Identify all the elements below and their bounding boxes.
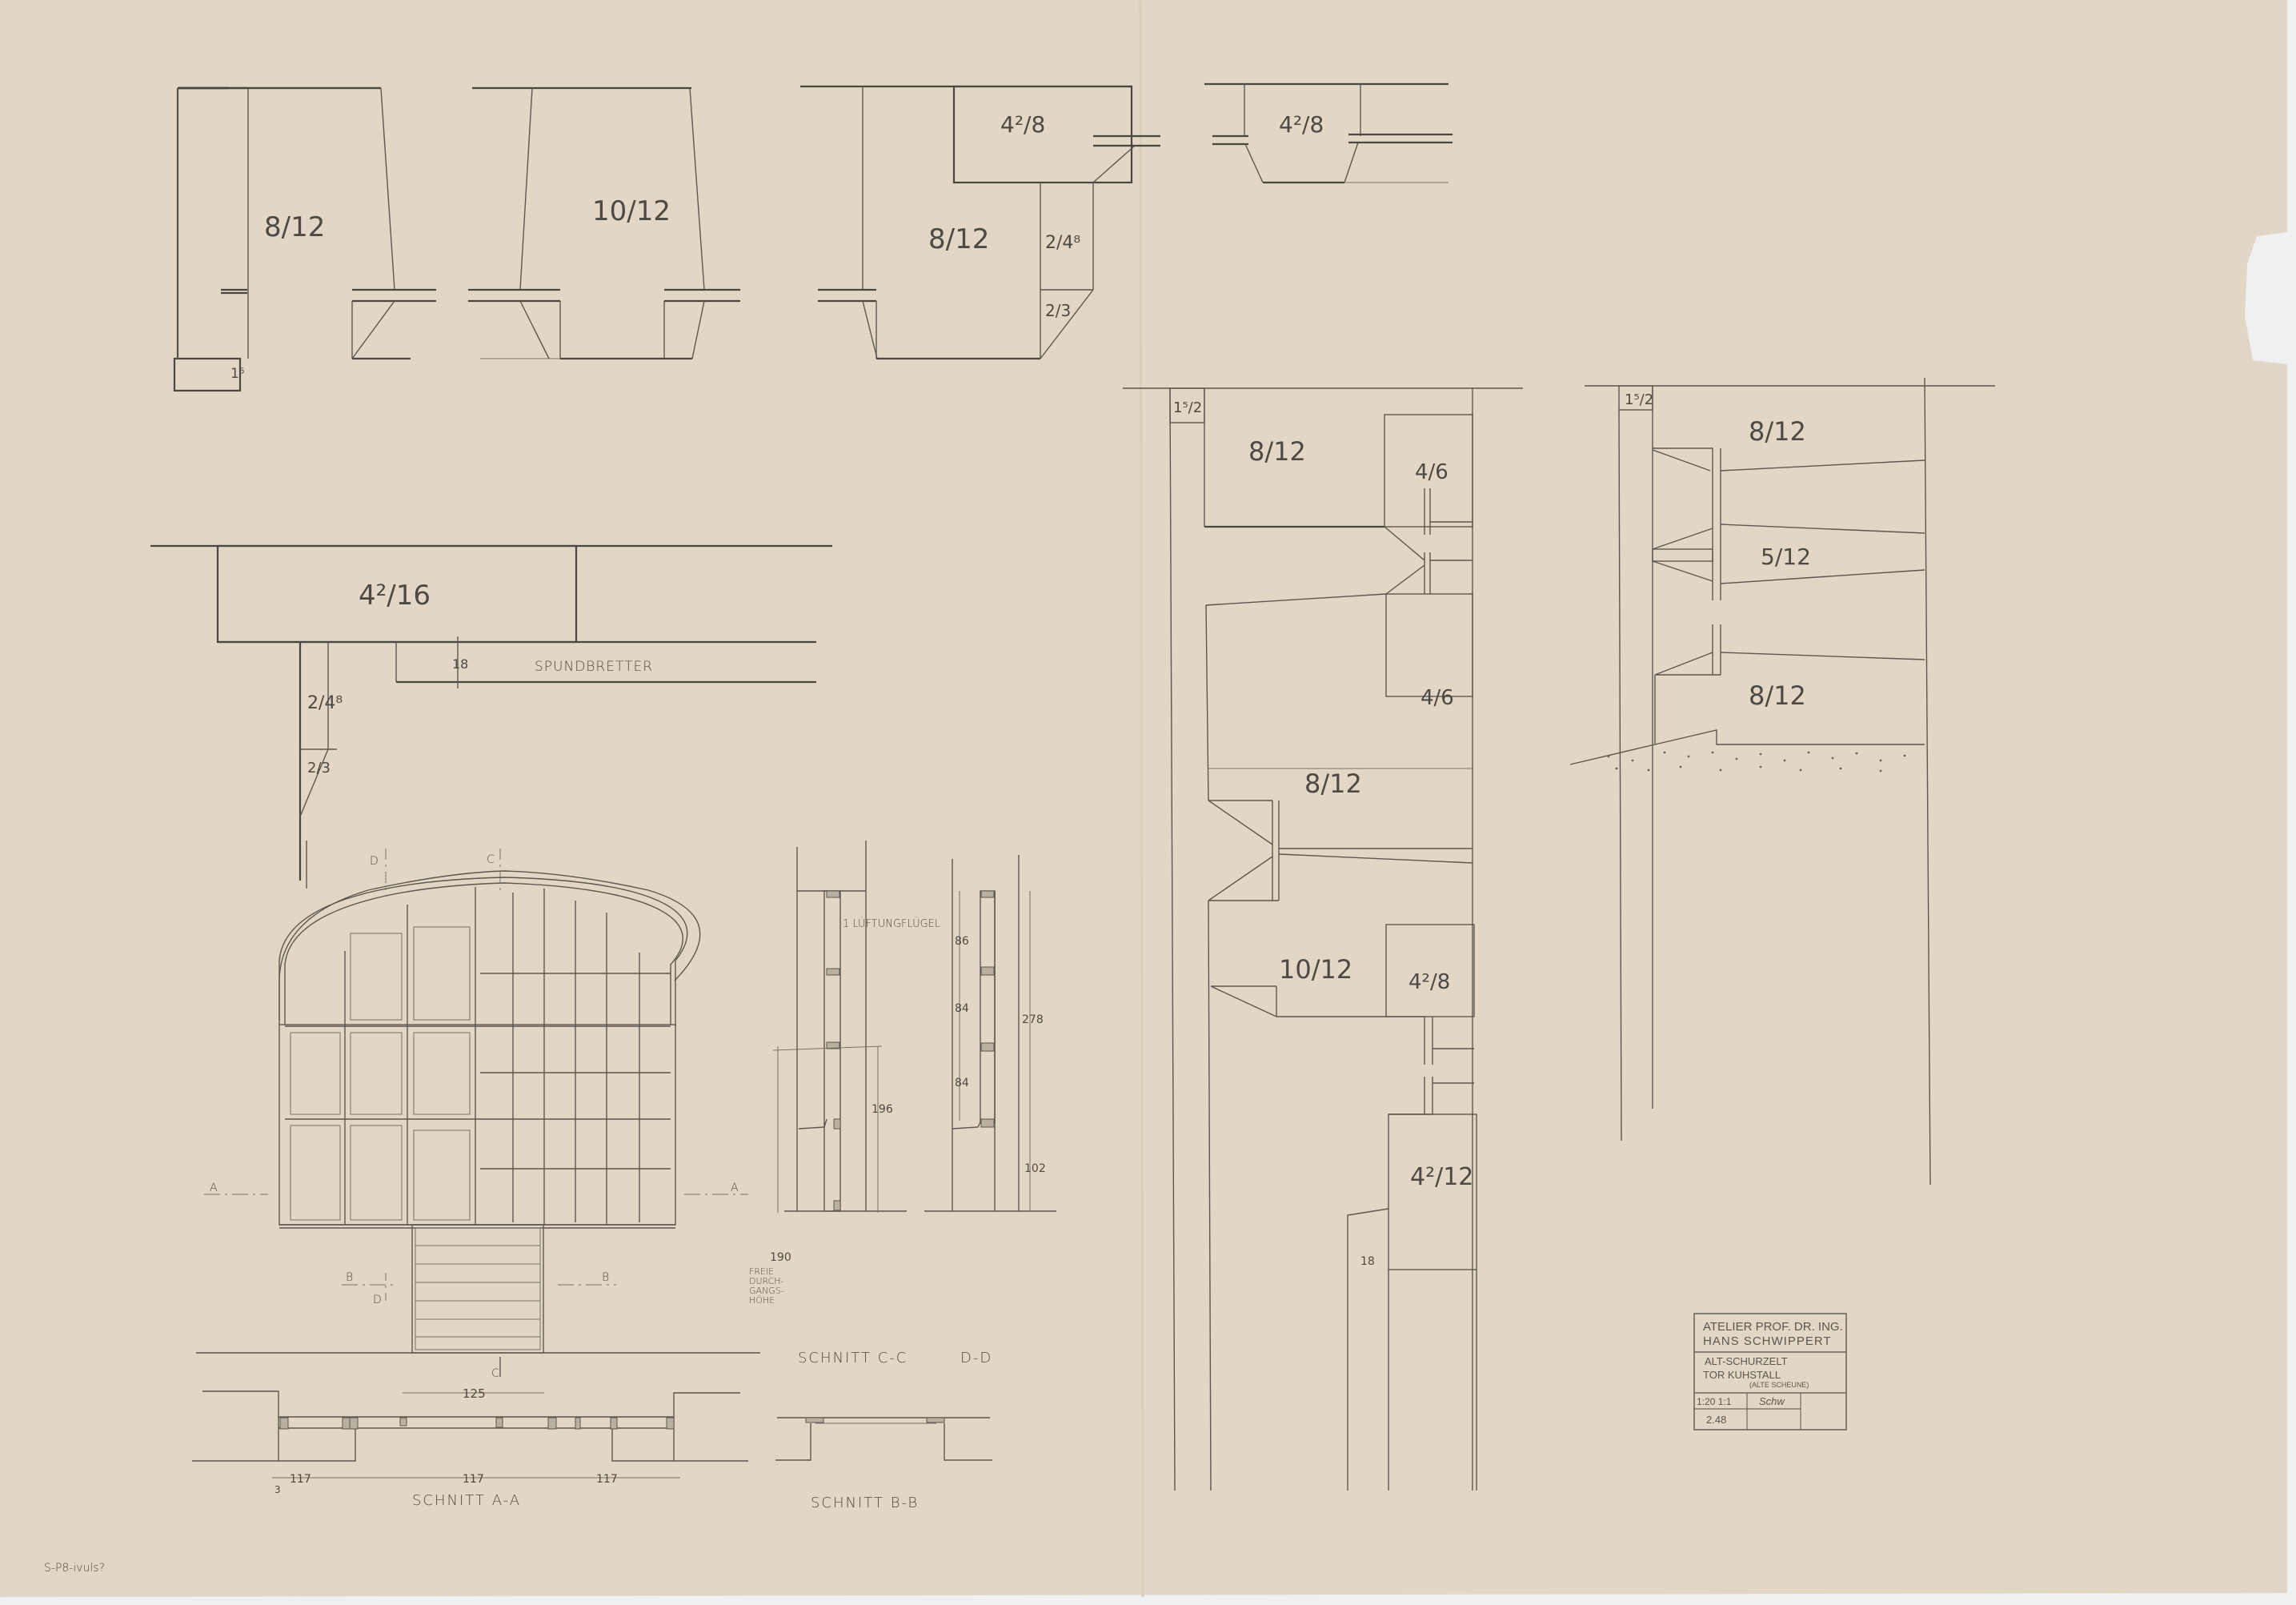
dimension-label: 18 (1360, 1255, 1375, 1268)
drawing-sheet: 8/12 1⁵ 10/12 8/12 4²/8 2/4⁸ (0, 0, 2296, 1605)
section-title: SCHNITT B-B (811, 1495, 919, 1511)
timber-size-label: 1⁵/2 (1625, 391, 1653, 408)
dimension-label: 196 (872, 1103, 893, 1116)
timber-size-label: 2/4⁸ (1045, 233, 1080, 253)
timber-size-label: 4²/8 (1408, 970, 1450, 994)
post-size-label: 2/4⁸ (307, 693, 343, 713)
timber-size-label: 4²/8 (1000, 111, 1045, 138)
timber-size-label: 8/12 (1749, 680, 1806, 711)
section-marker-a: A (210, 1182, 218, 1194)
beam-size-label: 4²/16 (359, 580, 431, 612)
dimension-label: 117 (463, 1473, 484, 1486)
dimension-label: 1⁵ (230, 366, 245, 382)
section-marker-b: B (346, 1271, 353, 1284)
dimension-label: 3 (274, 1484, 281, 1495)
architect-name: HANS SCHWIPPERT (1703, 1334, 1832, 1348)
timber-size-label: 4²/12 (1410, 1163, 1473, 1191)
scale-value: 1:20 1:1 (1697, 1396, 1732, 1407)
dimension-label: 278 (1022, 1013, 1044, 1026)
dimension-label: 102 (1024, 1162, 1046, 1175)
timber-size-label: 4²/8 (1279, 111, 1324, 138)
timber-size-label: 5/12 (1761, 544, 1811, 570)
project-subject: TOR KUHSTALL (1703, 1369, 1781, 1381)
section-marker-c: C (491, 1367, 499, 1380)
dimension-label: 84 (955, 1002, 969, 1015)
section-marker-c: C (487, 853, 495, 866)
drawing-date: 2.48 (1706, 1414, 1726, 1426)
timber-size-label: 8/12 (264, 211, 325, 243)
architectural-drawing: 8/12 1⁵ 10/12 8/12 4²/8 2/4⁸ (0, 0, 2296, 1605)
section-marker-b: B (602, 1271, 609, 1284)
dimension-label: 125 (463, 1386, 486, 1401)
section-marker-d: D (373, 1294, 382, 1306)
board-thickness-label: 18 (452, 656, 468, 672)
ventilation-note: 1 LÜFTUNGFLÜGEL (843, 917, 940, 930)
brace-size-label: 2/3 (307, 760, 331, 776)
dimension-label: 190 (770, 1251, 791, 1264)
timber-size-label: 8/12 (1304, 768, 1362, 799)
timber-size-label: 8/12 (1248, 436, 1306, 467)
timber-size-label: 4/6 (1420, 686, 1454, 710)
section-title: D-D (960, 1350, 992, 1366)
dimension-label: 84 (955, 1077, 969, 1089)
timber-size-label: 2/3 (1045, 301, 1071, 320)
timber-size-label: 10/12 (1279, 954, 1352, 985)
project-note: (ALTE SCHEUNE) (1749, 1381, 1809, 1389)
section-title: SCHNITT C-C (798, 1350, 908, 1366)
archive-note: S-P8-ivuls? (44, 1562, 105, 1575)
section-marker-a: A (731, 1182, 739, 1194)
timber-size-label: 8/12 (1749, 416, 1806, 447)
dimension-label: 117 (290, 1473, 311, 1486)
timber-size-label: 1⁵/2 (1173, 399, 1202, 416)
signature: Schw (1759, 1395, 1785, 1407)
timber-size-label: 8/12 (928, 223, 989, 255)
clear-height-note: HÖHE (749, 1295, 775, 1306)
office-name: ATELIER PROF. DR. ING. (1703, 1320, 1843, 1334)
boards-label: SPUNDBRETTER (535, 659, 653, 675)
section-marker-d: D (370, 855, 379, 868)
section-title: SCHNITT A-A (412, 1492, 521, 1509)
project-name: ALT-SCHURZELT (1705, 1355, 1788, 1367)
timber-size-label: 10/12 (592, 195, 671, 227)
timber-size-label: 4/6 (1415, 460, 1449, 484)
dimension-label: 117 (596, 1473, 618, 1486)
dimension-label: 86 (955, 935, 969, 948)
